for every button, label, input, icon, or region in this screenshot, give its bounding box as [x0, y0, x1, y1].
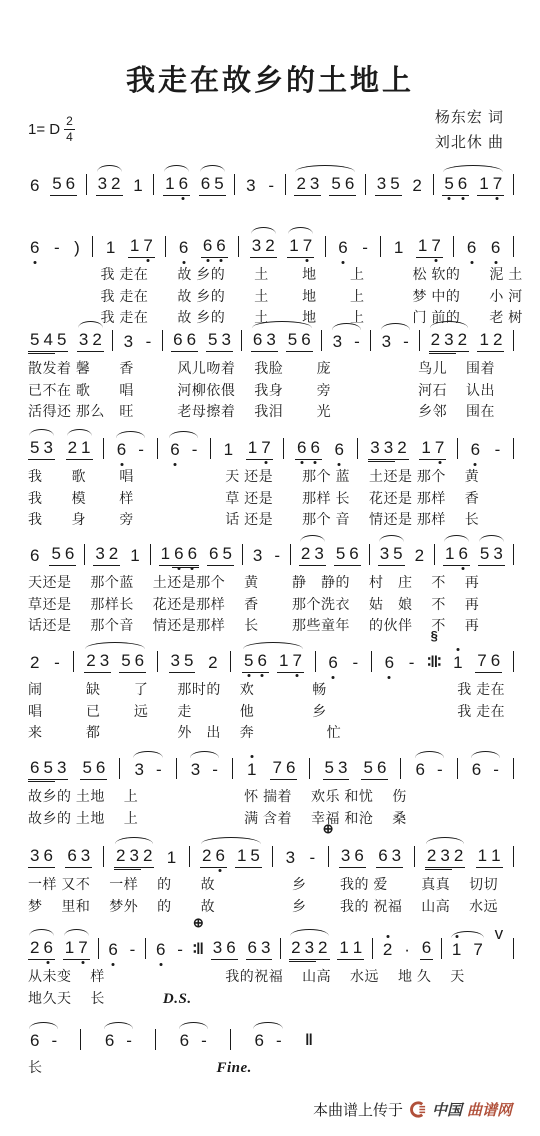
note-digit: 6	[295, 438, 308, 458]
lyric-segment	[43, 1059, 217, 1075]
slur-arc	[29, 1022, 58, 1029]
barline	[400, 758, 401, 779]
lyric-segment: 闹 缺 了 那时的 欢 畅 我 走在	[28, 681, 505, 697]
note-group: 3	[251, 546, 264, 566]
low-octave-dot	[462, 567, 465, 570]
note-digit: 1	[222, 440, 235, 460]
lyric-row: 活得还 那么 旺 老母擦着 我泪 光 乡邻 围在	[28, 401, 514, 423]
slur-arc	[243, 642, 303, 649]
note-chunk: 56	[442, 174, 469, 196]
barline	[309, 758, 310, 779]
note-digit: 2	[395, 438, 408, 458]
note-chunk: 53	[323, 758, 350, 780]
slur-arc	[85, 642, 145, 649]
note-group: 2	[381, 940, 394, 960]
note-chunk: 53	[206, 330, 233, 352]
barline	[80, 1029, 81, 1050]
barline	[513, 438, 514, 459]
note-digit: 5	[28, 438, 41, 458]
low-octave-dot	[448, 197, 451, 200]
note-digit: 3	[169, 651, 182, 671]
note-digit: -	[307, 848, 317, 868]
low-octave-dot	[182, 261, 185, 264]
note-chunk: 53	[478, 544, 505, 566]
note-chunk: 3	[244, 176, 257, 196]
note-group: 56	[361, 758, 388, 780]
note-chunk: -	[210, 760, 220, 780]
note-chunk: 2	[206, 653, 219, 673]
barline	[372, 938, 373, 959]
note-chunk: 1	[450, 940, 463, 960]
note-chunk: 36	[28, 846, 55, 868]
note-digit: -	[175, 940, 185, 960]
note-digit: 6	[168, 440, 181, 460]
note-digit: 3	[220, 330, 233, 350]
note-group: )	[72, 238, 82, 258]
high-octave-dot	[386, 935, 389, 938]
lyric-segment: 来 都 外 出 奔 忙	[28, 724, 341, 740]
barline	[419, 330, 420, 351]
note-digit: 6	[28, 238, 41, 258]
low-octave-dot	[296, 674, 299, 677]
note-digit: 2	[28, 938, 41, 958]
low-octave-dot	[47, 961, 50, 964]
note-digit: 3	[41, 438, 54, 458]
lyric-segment: 长	[28, 1059, 43, 1075]
note-chunk: 63	[246, 938, 273, 960]
notes-row: 3663232126153-⊕366323211	[28, 832, 514, 874]
note-digit: 3	[127, 846, 140, 866]
note-group: -	[351, 653, 361, 673]
note-digit: 5	[442, 174, 455, 194]
note-group: 17	[246, 438, 273, 460]
note-chunk: 1	[104, 238, 117, 258]
lyric-row: 我 走在 故 乡的 土 地 上 梦 中的 小 河	[28, 286, 514, 308]
note-chunk: 1	[245, 760, 258, 780]
note-group: -	[493, 440, 503, 460]
lyric-row: 故乡的 土地 上 怀 揣着 欢乐 和忧 伤	[28, 786, 514, 808]
note-group: 6	[333, 440, 346, 460]
note-digit: 1	[450, 940, 463, 960]
note-digit: 2	[425, 846, 438, 866]
note-digit: -	[351, 653, 361, 673]
note-digit: 3	[303, 938, 316, 958]
note-group: 6	[28, 238, 41, 258]
barline	[112, 330, 113, 351]
note-chunk: 66	[171, 330, 198, 352]
note-chunk: ·	[402, 940, 412, 960]
note-group: 53	[323, 758, 350, 780]
high-octave-dot	[250, 755, 253, 758]
note-chunk: 6	[465, 238, 478, 258]
note-digit: 5	[329, 174, 342, 194]
note-chunk: 6	[106, 940, 119, 960]
barline	[290, 544, 291, 565]
note-digit: 6	[251, 330, 264, 350]
notes-row: 545323-665363563-3-23212	[28, 316, 514, 358]
notes-row: 2-235635256176-6-∶‖∶§176	[28, 637, 514, 679]
note-digit: 1	[79, 438, 92, 458]
note-group: -	[407, 653, 417, 673]
double-beam	[172, 567, 199, 568]
note-chunk: 65	[199, 174, 226, 196]
barline	[165, 236, 166, 257]
barline	[189, 846, 190, 867]
lyric-segment: 从未变 样 我的祝福 山高 水远 地 久 天	[28, 968, 465, 984]
slur-arc	[381, 323, 410, 330]
note-chunk: -	[435, 760, 445, 780]
note-digit: -	[124, 1031, 134, 1051]
note-digit: 2	[491, 330, 504, 350]
note-chunk: 17	[128, 236, 155, 258]
barline	[513, 846, 514, 867]
footer: 本曲谱上传于 中国 曲谱网	[313, 1099, 512, 1120]
lyric-row: 故乡的 土地 上 满 含着 幸福 和沧 桑	[28, 808, 514, 830]
note-digit: 3	[336, 758, 349, 778]
note-chunk: )	[72, 238, 82, 258]
note-digit: 6	[94, 758, 107, 778]
notes-row: 653563-3-17653566-6-	[28, 744, 514, 786]
note-digit: 1	[246, 438, 259, 458]
note-digit: 5	[80, 758, 93, 778]
barline	[210, 438, 211, 459]
lyric-segment: 唱 已 远 走 他 乡 我 走在	[28, 703, 505, 719]
lyric-segment: 梦 里和 梦外 的 故 乡 我的 祝福 山高 水远	[28, 898, 498, 914]
low-octave-dot	[120, 463, 123, 466]
note-digit: 3	[284, 848, 297, 868]
note-chunk: 56	[49, 544, 76, 566]
low-octave-dot	[438, 461, 441, 464]
barline	[157, 651, 158, 672]
slur-arc	[78, 321, 103, 328]
note-chunk: 2	[28, 653, 41, 673]
repeat-barline: ∶‖⊕	[193, 940, 203, 960]
note-digit: 2	[294, 174, 307, 194]
note-group: 653	[28, 758, 68, 780]
lyric-row: 我 模 样 草 还是 那样 长 花还是 那样 香	[28, 488, 514, 510]
note-chunk: 56	[286, 330, 313, 352]
note-digit: 6	[213, 846, 226, 866]
note-digit: -	[491, 760, 501, 780]
slur-arc	[64, 929, 89, 936]
note-digit: 1	[477, 330, 490, 350]
note-digit: 2	[90, 330, 103, 350]
note-digit: 6	[333, 440, 346, 460]
low-octave-dot	[306, 259, 309, 262]
note-digit: 3	[442, 330, 455, 350]
barline	[357, 438, 358, 459]
note-digit: 5	[220, 544, 233, 564]
note-digit: 6	[171, 330, 184, 350]
barline	[103, 846, 104, 867]
barline	[145, 938, 146, 959]
note-digit: 2	[200, 846, 213, 866]
note-group: 6	[177, 238, 190, 258]
note-chunk: 56	[361, 758, 388, 780]
slur-arc	[430, 321, 468, 328]
slur-arc	[104, 1022, 133, 1029]
slur-arc	[426, 837, 464, 844]
notes-row: 65632116653-23563525617	[28, 160, 514, 202]
note-digit: 5	[391, 544, 404, 564]
lyric-row: 我 走在 故 乡的 土 地 上 松 软的 泥 土	[28, 264, 514, 286]
barline	[155, 1029, 156, 1050]
note-group: 6	[28, 546, 41, 566]
note-chunk: 6	[178, 1031, 191, 1051]
note-digit: 6	[64, 174, 77, 194]
note-digit: 5	[323, 758, 336, 778]
note-digit: 7	[491, 174, 504, 194]
note-chunk: 66	[295, 438, 322, 460]
barline	[441, 938, 442, 959]
note-chunk: 56	[80, 758, 107, 780]
barline	[283, 438, 284, 459]
note-digit: 2	[299, 544, 312, 564]
note-digit: 3	[189, 760, 202, 780]
note-digit: 6	[284, 758, 297, 778]
barline	[513, 758, 514, 779]
note-chunk: -	[124, 1031, 134, 1051]
lyric-row: 草还是 那样长 花还是那样 香 那个洗衣 姑 娘 不 再	[28, 594, 514, 616]
note-digit: 3	[375, 174, 388, 194]
note-chunk: 232	[425, 846, 465, 868]
note-chunk: 35	[375, 174, 402, 196]
note-digit: 1	[165, 848, 178, 868]
note-group: 17	[419, 438, 446, 460]
slur-arc	[300, 535, 325, 542]
note-digit: 6	[28, 176, 41, 196]
note-group: -	[144, 332, 154, 352]
note-digit: 6	[343, 174, 356, 194]
note-chunk: -	[351, 653, 361, 673]
note-digit: 6	[106, 940, 119, 960]
note-digit: 5	[478, 544, 491, 564]
note-digit: -	[352, 332, 362, 352]
note-chunk: 3	[380, 332, 393, 352]
note-digit: 3	[259, 938, 272, 958]
note-chunk: 12	[477, 330, 504, 352]
note-digit: 2	[316, 938, 329, 958]
note-chunk: 36	[339, 846, 366, 868]
note-digit: 5	[206, 330, 219, 350]
note-digit: 3	[438, 846, 451, 866]
note-digit: 1	[337, 938, 350, 958]
note-chunk: 166	[159, 544, 199, 566]
double-beam	[114, 869, 141, 870]
slur-arc	[116, 431, 145, 438]
note-group: 56	[80, 758, 107, 780]
note-digit: 3	[380, 332, 393, 352]
note-group: 56	[334, 544, 361, 566]
barline	[162, 330, 163, 351]
note-chunk: -	[493, 440, 503, 460]
barline	[433, 174, 434, 195]
note-digit: 3	[28, 846, 41, 866]
note-group: 12	[477, 330, 504, 352]
low-octave-dot	[494, 261, 497, 264]
note-group: 6	[469, 440, 482, 460]
note-chunk: 63	[65, 846, 92, 868]
note-digit: -	[274, 1031, 284, 1051]
note-chunk: 35	[378, 544, 405, 566]
note-chunk: -	[272, 546, 282, 566]
slur-arc	[451, 931, 484, 938]
notes-row: 656321166653-23563521653	[28, 530, 514, 572]
note-group: 6-	[252, 1031, 283, 1051]
note-group: 53	[478, 544, 505, 566]
note-chunk: 6	[489, 238, 502, 258]
barline	[157, 438, 158, 459]
barline	[280, 938, 281, 959]
note-group: 2	[206, 653, 219, 673]
note-chunk: 6	[115, 440, 128, 460]
barline	[242, 544, 243, 565]
note-group: -	[128, 940, 138, 960]
note-digit: 6	[489, 238, 502, 258]
note-digit: 3	[96, 174, 109, 194]
note-chunk: -	[136, 440, 146, 460]
note-group: 63	[376, 846, 403, 868]
note-digit: 6	[456, 544, 469, 564]
note-digit: 1	[63, 938, 76, 958]
note-chunk: 3	[331, 332, 344, 352]
note-group: 6	[420, 938, 433, 960]
barline	[150, 544, 151, 565]
note-chunk: 76	[270, 758, 297, 780]
note-digit: 1	[245, 760, 258, 780]
note-chunk: -	[190, 440, 200, 460]
note-group: 6653	[171, 330, 233, 352]
note-digit: 3	[339, 846, 352, 866]
note-digit: 7	[433, 438, 446, 458]
score-system: 545323-665363563-3-23212散发着 馨 香 风儿吻着 我脸 …	[28, 316, 514, 423]
note-digit: 6	[154, 940, 167, 960]
note-chunk: -	[52, 653, 62, 673]
note-chunk: 6	[28, 176, 41, 196]
lyric-segment: 我 走在 故 乡的 土 地 上 松 软的 泥 土	[28, 266, 523, 282]
note-digit: 2	[410, 176, 423, 196]
fine-label: Fine.	[217, 1060, 252, 1076]
lyric-row: 从未变 样 我的祝福 山高 水远 地 久 天	[28, 966, 514, 988]
note-chunk: 232	[289, 938, 329, 960]
note-digit: 6	[185, 330, 198, 350]
barline	[119, 758, 120, 779]
note-digit: 6	[456, 174, 469, 194]
note-group: 11	[476, 846, 503, 868]
note-chunk: -	[307, 848, 317, 868]
note-chunk: 11	[337, 938, 364, 960]
site-name-dark: 中国	[432, 1099, 462, 1120]
note-digit: 3	[132, 760, 145, 780]
note-digit: 1	[489, 846, 502, 866]
low-octave-dot	[247, 674, 250, 677]
note-chunk: 17	[419, 438, 446, 460]
note-digit: 5	[334, 544, 347, 564]
note-group: 3	[284, 848, 297, 868]
note-chunk: 21	[66, 438, 93, 460]
double-beam	[429, 353, 456, 354]
note-chunk: 53	[28, 438, 55, 460]
note-group: 17	[450, 940, 485, 960]
note-chunk: -	[52, 238, 62, 258]
note-group: 56	[49, 544, 76, 566]
note-chunk: -	[274, 1031, 284, 1051]
note-chunk: 3	[251, 546, 264, 566]
lyric-segment: 我 歌 唱 天 还是 那个 蓝 土还是 那个 黄	[28, 468, 479, 484]
barline	[513, 330, 514, 351]
note-chunk: 56	[50, 174, 77, 196]
note-group: 11	[337, 938, 364, 960]
note-digit: 5	[41, 758, 54, 778]
note-group: 3	[122, 332, 135, 352]
slur-arc	[253, 1022, 282, 1029]
note-digit: 5	[388, 174, 401, 194]
note-group: 2356	[84, 651, 146, 673]
note-digit: 6	[28, 758, 41, 778]
note-group: 232	[425, 846, 465, 868]
note-digit: 5	[212, 174, 225, 194]
score: 65632116653-235635256176-)11766632176-11…	[0, 0, 540, 1136]
note-group: 232	[289, 938, 329, 960]
notes-row: 6-)11766632176-11766	[28, 222, 514, 264]
barline	[380, 236, 381, 257]
note-digit: 6	[256, 651, 269, 671]
note-digit: 3	[55, 758, 68, 778]
note-chunk: 6	[168, 440, 181, 460]
note-group: 65	[199, 174, 226, 196]
note-digit: 1	[443, 544, 456, 564]
note-group: 32	[96, 174, 123, 196]
note-digit: 6	[115, 440, 128, 460]
barline	[369, 544, 370, 565]
double-beam	[28, 353, 55, 354]
note-chunk: 26	[28, 938, 55, 960]
note-chunk: 1	[222, 440, 235, 460]
note-digit: 2	[84, 651, 97, 671]
low-octave-dot	[314, 461, 317, 464]
note-digit: 2	[456, 330, 469, 350]
slur-arc	[29, 929, 54, 936]
note-digit: 3	[264, 330, 277, 350]
note-digit: 1	[416, 236, 429, 256]
note-digit: 3	[312, 544, 325, 564]
note-group: 6	[336, 238, 349, 258]
note-digit: 7	[259, 438, 272, 458]
note-group: 66	[295, 438, 322, 460]
slur-arc	[444, 535, 469, 542]
score-system: 656321166653-23563521653天还是 那个蓝 土还是那个 黄 …	[28, 530, 514, 637]
note-digit: 7	[475, 651, 488, 671]
note-chunk: 653	[28, 758, 68, 780]
slur-arc	[332, 323, 361, 330]
note-digit: 6	[414, 760, 427, 780]
note-digit: 2	[263, 236, 276, 256]
note-digit: 7	[301, 236, 314, 256]
note-digit: 7	[429, 236, 442, 256]
note-group: 6	[154, 940, 167, 960]
low-octave-dot	[338, 463, 341, 466]
note-chunk: 23	[299, 544, 326, 566]
note-chunk: 17	[63, 938, 90, 960]
note-group: 1	[222, 440, 235, 460]
note-chunk: -	[352, 332, 362, 352]
note-digit: 3	[390, 846, 403, 866]
note-digit: -	[272, 546, 282, 566]
note-chunk: 6	[420, 938, 433, 960]
low-octave-dot	[112, 963, 115, 966]
lyric-segment: 故乡的 土地 上 满 含着 幸福 和沧 桑	[28, 810, 407, 826]
note-chunk: 6	[28, 238, 41, 258]
